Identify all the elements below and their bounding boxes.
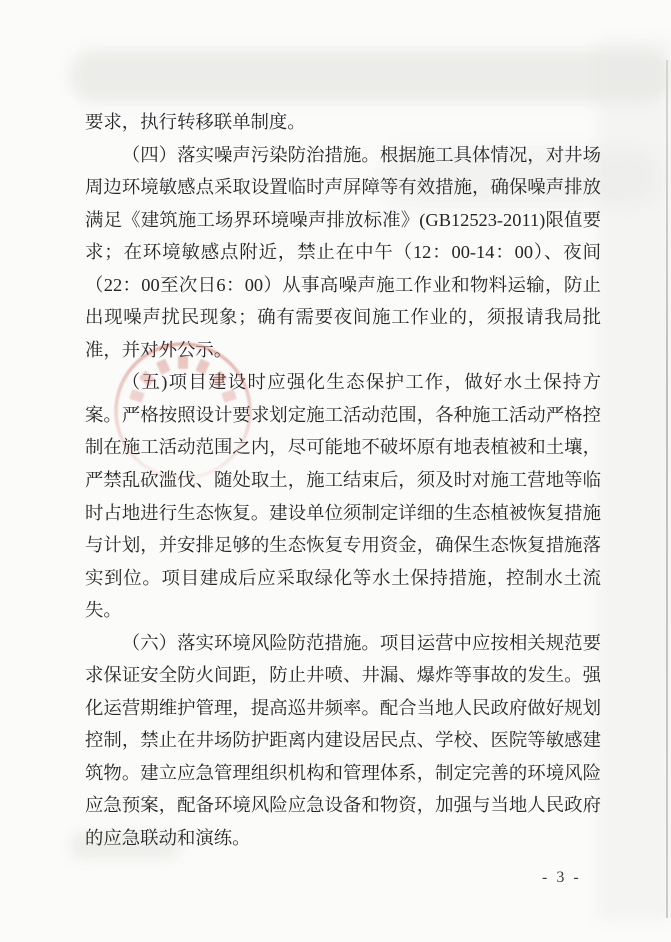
paragraph-item-5-ecology-protection: （五)项目建设时应强化生态保护工作，做好水土保持方案。严格按照设计要求划定施工活… <box>85 366 601 626</box>
paragraph-item-4-noise-control: （四）落实噪声污染防治措施。根据施工具体情况，对井场周边环境敏感点采取设置临时声… <box>85 139 601 367</box>
scan-artifact-right-strip <box>598 40 671 920</box>
paragraph-item-6-risk-prevention: （六）落实环境风险防范措施。项目运营中应按相关规范要求保证安全防火间距，防止井喷… <box>85 627 601 855</box>
paragraph-continuation: 要求，执行转移联单制度。 <box>85 106 601 139</box>
scanned-document-page: 要求，执行转移联单制度。 （四）落实噪声污染防治措施。根据施工具体情况，对井场周… <box>0 0 671 942</box>
scan-edge-line <box>666 60 668 918</box>
scan-artifact-top-band <box>70 50 670 102</box>
document-body: 要求，执行转移联单制度。 （四）落实噪声污染防治措施。根据施工具体情况，对井场周… <box>85 106 601 855</box>
page-number: - 3 - <box>542 869 581 887</box>
